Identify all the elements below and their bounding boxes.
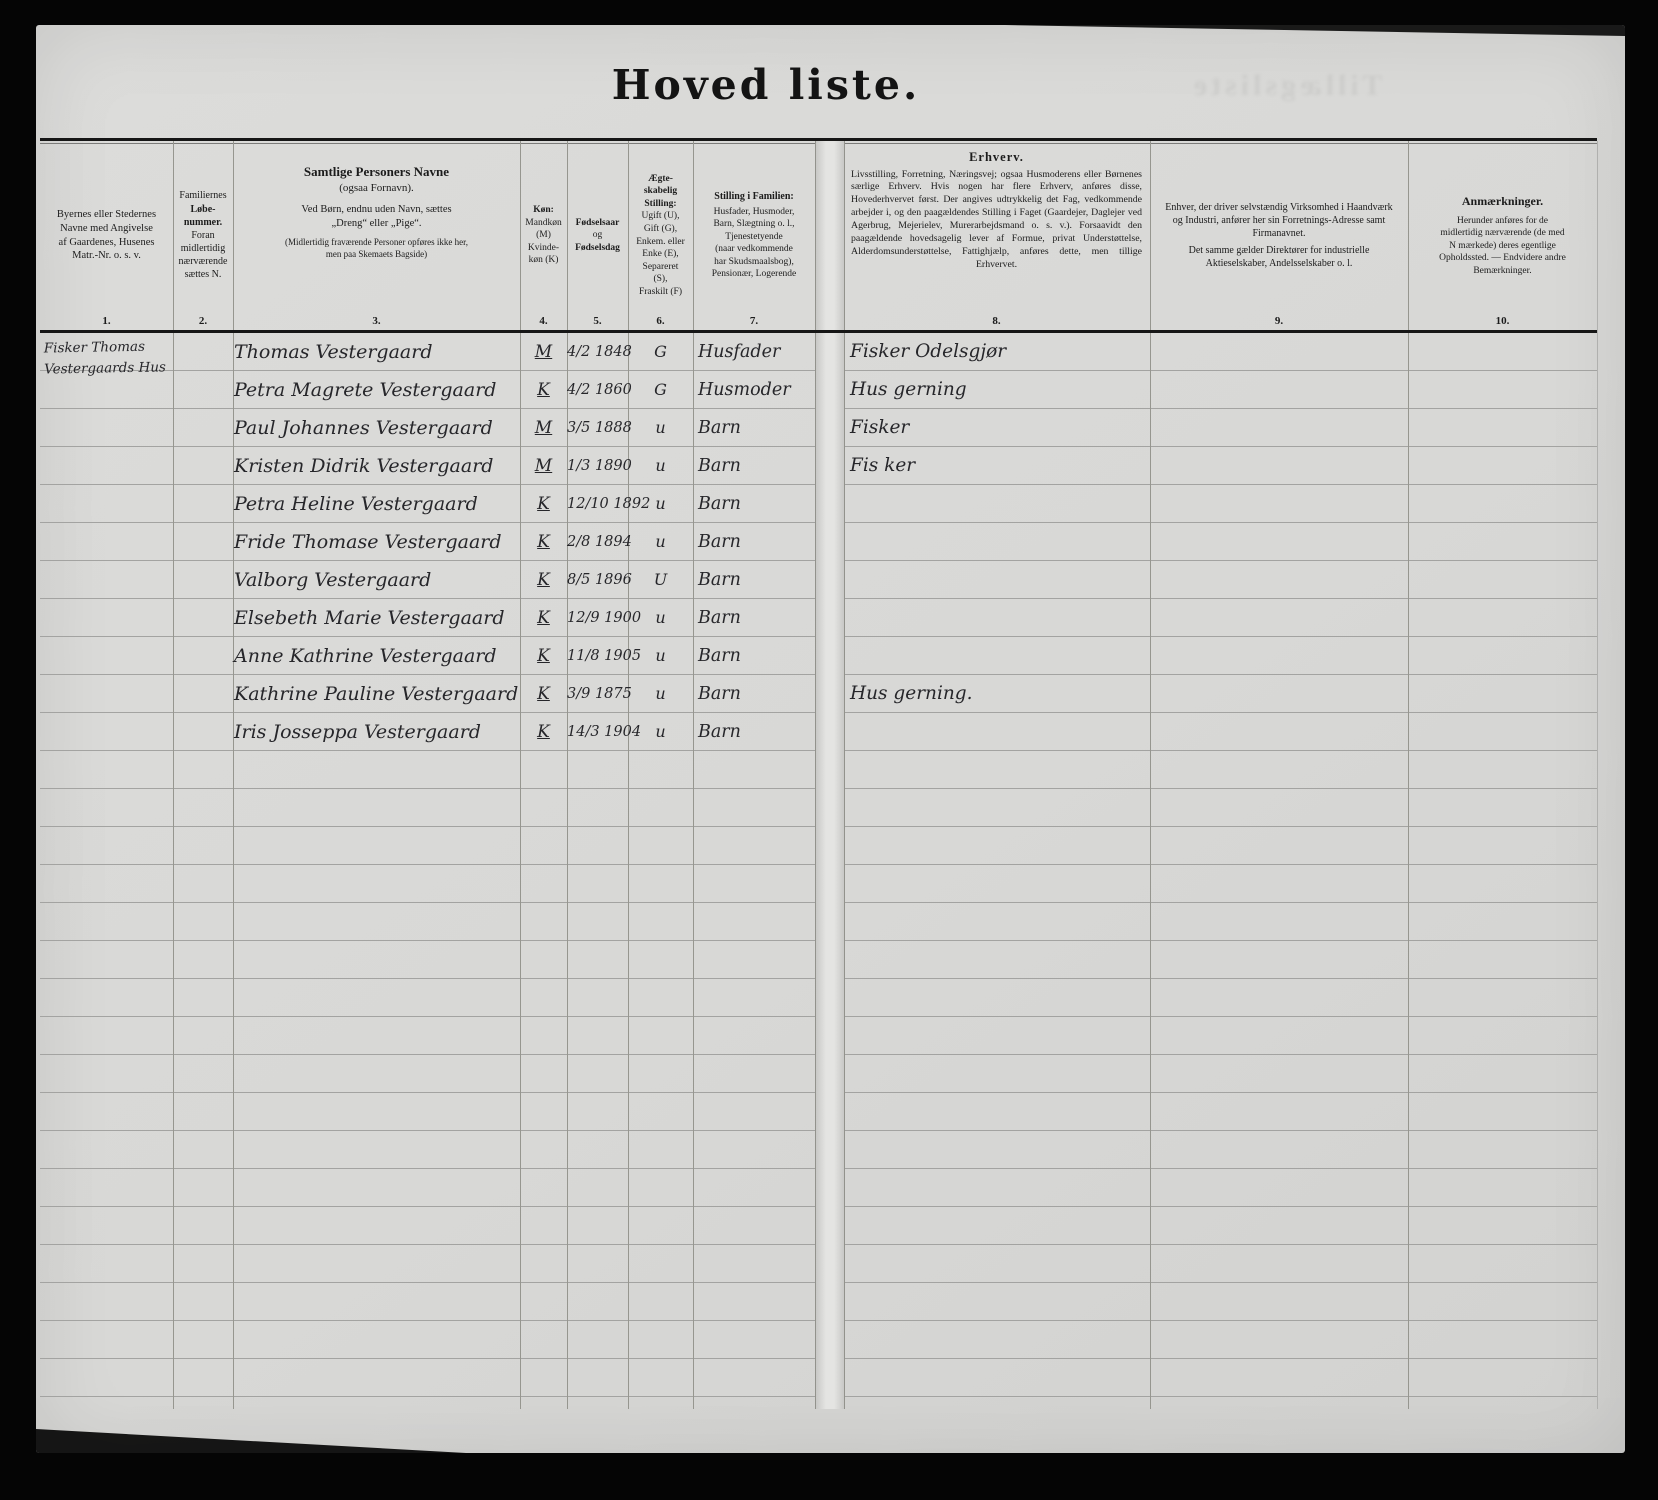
family-position-entry: Barn: [698, 637, 814, 675]
sex-entry: K: [522, 485, 565, 523]
column-number: 6.: [630, 314, 691, 329]
sex-entry: K: [522, 599, 565, 637]
sex-entry: K: [522, 675, 565, 713]
column-number: 10.: [1410, 314, 1595, 329]
person-name: Iris Josseppa Vestergaard: [234, 713, 520, 751]
page-corner-shadow: [36, 1429, 466, 1453]
table-row: Iris Josseppa Vestergaard K 14/3 1904 u …: [36, 713, 1597, 751]
marital-status-entry: u: [630, 523, 691, 561]
birthdate-entry: 12/9 1900: [567, 599, 631, 637]
sex-entry: K: [522, 561, 565, 599]
column-number: 5.: [569, 314, 626, 329]
marital-status-entry: u: [630, 675, 691, 713]
marital-status-entry: u: [630, 637, 691, 675]
sex-entry: M: [522, 409, 565, 447]
birthdate-entry: 14/3 1904: [567, 713, 631, 751]
column-header-birthdate: Fødselsaar og Fødselsdag 5.: [569, 141, 626, 330]
sex-entry: M: [522, 447, 565, 485]
sex-entry: K: [522, 637, 565, 675]
marital-status-entry: U: [630, 561, 691, 599]
occupation-entry: Fisker Odelsgjør: [850, 333, 1150, 371]
column-header-occupation: Erhverv. Livsstilling, Forretning, Nærin…: [845, 141, 1148, 330]
marital-status-entry: u: [630, 409, 691, 447]
person-name: Kristen Didrik Vestergaard: [234, 447, 520, 485]
column-header-family-position: Stilling i Familien: Husfader, Husmoder,…: [695, 141, 813, 330]
family-position-entry: Barn: [698, 599, 814, 637]
table-row: Kristen Didrik Vestergaard M 1/3 1890 u …: [36, 447, 1597, 485]
family-position-entry: Barn: [698, 523, 814, 561]
person-name: Petra Magrete Vestergaard: [234, 371, 520, 409]
family-position-entry: Barn: [698, 447, 814, 485]
column-header-sex: Køn: Mandkøn (M) Kvinde- køn (K) 4.: [522, 141, 565, 330]
occupation-entry: Fisker: [850, 409, 1150, 447]
sex-entry: K: [522, 523, 565, 561]
marital-status-entry: u: [630, 447, 691, 485]
birthdate-entry: 4/2 1848: [567, 333, 631, 371]
column-header-business-address: Enhver, der driver selvstændig Virksomhe…: [1152, 141, 1406, 330]
birthdate-entry: 11/8 1905: [567, 637, 631, 675]
marital-status-entry: u: [630, 485, 691, 523]
table-row: Petra Heline Vestergaard K 12/10 1892 u …: [36, 485, 1597, 523]
person-name: Thomas Vestergaard: [234, 333, 520, 371]
column-number: 8.: [845, 314, 1148, 329]
sex-entry: M: [522, 333, 565, 371]
family-position-entry: Husmoder: [698, 371, 814, 409]
table-row: Anne Kathrine Vestergaard K 11/8 1905 u …: [36, 637, 1597, 675]
table-row: Thomas Vestergaard M 4/2 1848 G Husfader…: [36, 333, 1597, 371]
family-position-entry: Husfader: [698, 333, 814, 371]
occupation-entry: Fis ker: [850, 447, 1150, 485]
table-row: Kathrine Pauline Vestergaard K 3/9 1875 …: [36, 675, 1597, 713]
family-position-entry: Barn: [698, 409, 814, 447]
family-position-entry: Barn: [698, 675, 814, 713]
marital-status-entry: G: [630, 333, 691, 371]
table-row: Valborg Vestergaard K 8/5 1896 U Barn: [36, 561, 1597, 599]
table-row: Petra Magrete Vestergaard K 4/2 1860 G H…: [36, 371, 1597, 409]
column-number: 7.: [695, 314, 813, 329]
birthdate-entry: 2/8 1894: [567, 523, 631, 561]
birthdate-entry: 1/3 1890: [567, 447, 631, 485]
column-header-family-number: Familiernes Løbe- nummer. Foran midlerti…: [175, 141, 231, 330]
column-number: 3.: [235, 314, 518, 329]
birthdate-entry: 3/5 1888: [567, 409, 631, 447]
column-number: 4.: [522, 314, 565, 329]
scanned-census-page: Tillægsliste Hoved liste. Byernes eller …: [36, 25, 1625, 1453]
page-corner-shadow: [1005, 25, 1625, 36]
marital-status-entry: u: [630, 599, 691, 637]
sex-entry: K: [522, 371, 565, 409]
table-row: Fride Thomase Vestergaard K 2/8 1894 u B…: [36, 523, 1597, 561]
occupation-entry: Hus gerning.: [850, 675, 1150, 713]
birthdate-entry: 3/9 1875: [567, 675, 631, 713]
family-position-entry: Barn: [698, 713, 814, 751]
person-name: Elsebeth Marie Vestergaard: [234, 599, 520, 637]
column-number: 1.: [42, 314, 171, 329]
family-position-entry: Barn: [698, 561, 814, 599]
person-name: Petra Heline Vestergaard: [234, 485, 520, 523]
column-number: 2.: [175, 314, 231, 329]
birthdate-entry: 12/10 1892: [567, 485, 631, 523]
table-right-edge: [1597, 141, 1598, 1409]
family-position-entry: Barn: [698, 485, 814, 523]
column-header-place: Byernes eller Stedernes Navne med Angive…: [42, 141, 171, 330]
page-title: Hoved liste.: [36, 61, 1496, 109]
column-header-names: Samtlige Personers Navne (ogsaa Fornavn)…: [235, 141, 518, 330]
birthdate-entry: 4/2 1860: [567, 371, 631, 409]
person-name: Fride Thomase Vestergaard: [234, 523, 520, 561]
birthdate-entry: 8/5 1896: [567, 561, 631, 599]
person-name: Anne Kathrine Vestergaard: [234, 637, 520, 675]
marital-status-entry: G: [630, 371, 691, 409]
column-number: 9.: [1152, 314, 1406, 329]
table-row: Paul Johannes Vestergaard M 3/5 1888 u B…: [36, 409, 1597, 447]
marital-status-entry: u: [630, 713, 691, 751]
table-row: Elsebeth Marie Vestergaard K 12/9 1900 u…: [36, 599, 1597, 637]
person-name: Kathrine Pauline Vestergaard: [234, 675, 520, 713]
person-name: Paul Johannes Vestergaard: [234, 409, 520, 447]
column-header-marital-status: Ægte- skabelig Stilling: Ugift (U), Gift…: [630, 141, 691, 330]
occupation-entry: Hus gerning: [850, 371, 1150, 409]
person-name: Valborg Vestergaard: [234, 561, 520, 599]
column-header-remarks: Anmærkninger. Herunder anføres for de mi…: [1410, 141, 1595, 330]
sex-entry: K: [522, 713, 565, 751]
